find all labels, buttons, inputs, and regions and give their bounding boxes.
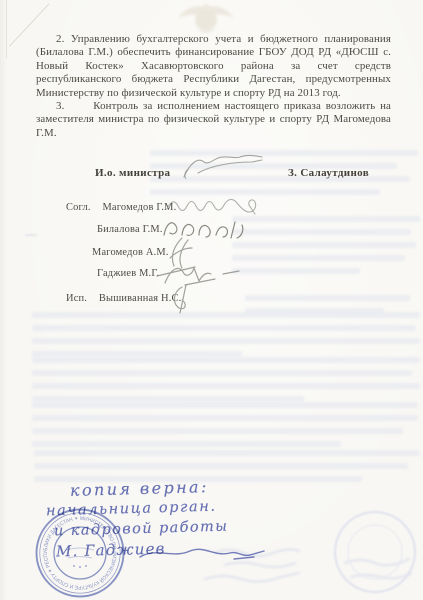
ink-smudge — [25, 234, 37, 236]
executor-row: Исп. Вышиванная Н.С. — [66, 293, 181, 304]
order-paragraph-2: 2. Управлению бухгалтерского учета и бюд… — [36, 33, 391, 100]
approval-name: Гаджиев М.Г. — [97, 268, 159, 279]
minister-signature — [180, 151, 272, 183]
signer-name: З. Салаутдинов — [288, 167, 369, 179]
order-paragraph-3: 3. Контроль за исполнением настоящего пр… — [36, 100, 391, 140]
fold-crease-edge — [6, 0, 7, 58]
order-body: 2. Управлению бухгалтерского учета и бюд… — [36, 33, 391, 140]
approval-prefix: Согл. — [66, 202, 91, 213]
approval-name: Билалова Г.М. — [97, 224, 163, 235]
approval-row: Билалова Г.М. — [97, 224, 163, 235]
certification-line-2: начальница орган. — [46, 499, 217, 520]
approval-row: Гаджиев М.Г. — [97, 268, 159, 279]
bleedthrough-block — [32, 402, 418, 454]
bleedthrough-stamp — [332, 509, 418, 595]
approval-signature — [168, 283, 202, 315]
executor-prefix: Исп. — [66, 293, 87, 304]
signer-position-title: И.о. министра — [95, 167, 170, 179]
approval-row: Согл. Магомедов Г.М. — [66, 202, 176, 213]
scanned-order-page: 2. Управлению бухгалтерского учета и бюд… — [0, 0, 423, 600]
certification-line-1: копия верна: — [70, 477, 209, 500]
certifier-signature-flourish — [138, 543, 268, 567]
